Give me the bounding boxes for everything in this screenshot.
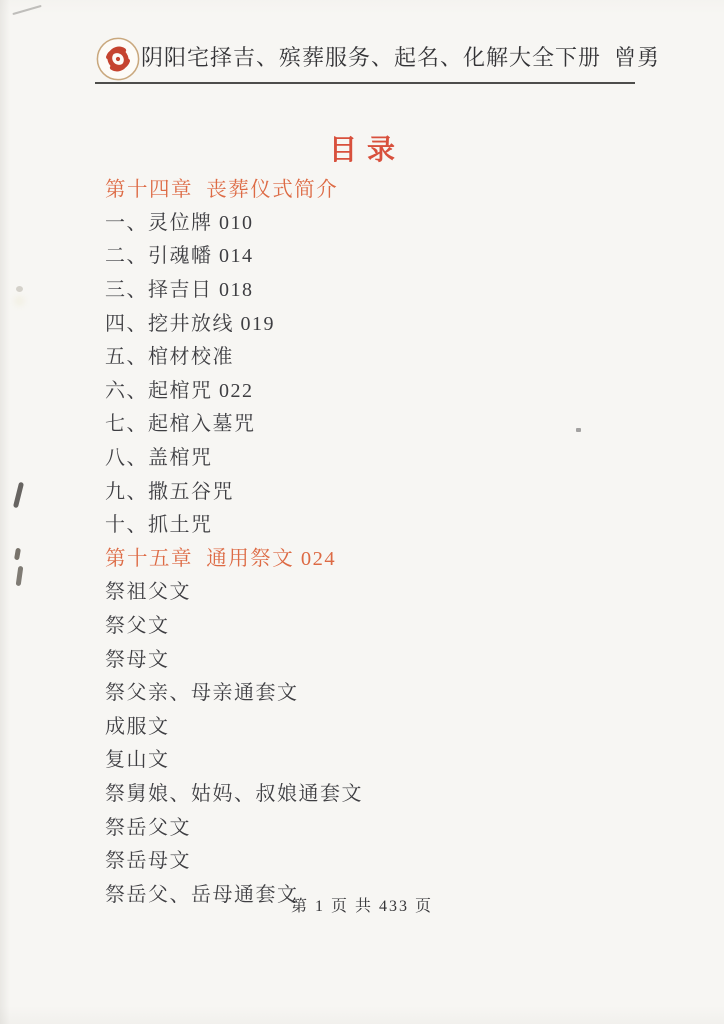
binding-ink-mark — [13, 482, 24, 508]
toc-item: 祭祖父文 — [105, 573, 654, 607]
toc-item: 十、抓土咒 — [105, 506, 654, 540]
toc-item: 四、挖井放线 019 — [105, 304, 654, 338]
publisher-seal-icon — [95, 36, 141, 82]
page-header: 阴阳宅择吉、殡葬服务、起名、化解大全下册 曾勇 — [95, 34, 635, 84]
smudge-mark — [16, 286, 23, 292]
toc-item: 九、撒五谷咒 — [105, 472, 654, 506]
toc-item: 祭岳母文 — [105, 842, 654, 876]
toc-item: 五、棺材校准 — [105, 338, 654, 372]
toc-chapter-heading: 第十五章 通用祭文 024 — [105, 540, 654, 574]
toc-item: 一、灵位牌 010 — [105, 204, 654, 238]
pen-mark — [12, 5, 41, 15]
toc-item: 三、择吉日 018 — [105, 271, 654, 305]
page-title: 目录 — [0, 128, 724, 168]
toc-item: 复山文 — [105, 741, 654, 775]
toc-item: 祭父文 — [105, 607, 654, 641]
toc-item: 成服文 — [105, 708, 654, 742]
page-number-footer: 第 1 页 共 433 页 — [0, 893, 724, 916]
binding-ink-mark — [14, 548, 21, 561]
toc-item: 七、起棺入墓咒 — [105, 405, 654, 439]
binding-ink-mark — [16, 566, 24, 587]
scanned-document-page: 阴阳宅择吉、殡葬服务、起名、化解大全下册 曾勇 目录 第十四章 丧葬仪式简介一、… — [0, 0, 724, 1024]
toc-item: 祭父亲、母亲通套文 — [105, 674, 654, 708]
toc-item: 八、盖棺咒 — [105, 439, 654, 473]
toc-item: 祭舅娘、姑妈、叔娘通套文 — [105, 775, 654, 809]
toc-chapter-heading: 第十四章 丧葬仪式简介 — [105, 170, 654, 204]
toc-item: 祭岳父文 — [105, 808, 654, 842]
toc-list: 第十四章 丧葬仪式简介一、灵位牌 010二、引魂幡 014三、择吉日 018四、… — [105, 170, 654, 909]
toc-item: 二、引魂幡 014 — [105, 237, 654, 271]
book-title: 阴阳宅择吉、殡葬服务、起名、化解大全下册 曾勇 — [141, 41, 660, 76]
toc-item: 祭母文 — [105, 640, 654, 674]
toc-item: 六、起棺咒 022 — [105, 372, 654, 406]
